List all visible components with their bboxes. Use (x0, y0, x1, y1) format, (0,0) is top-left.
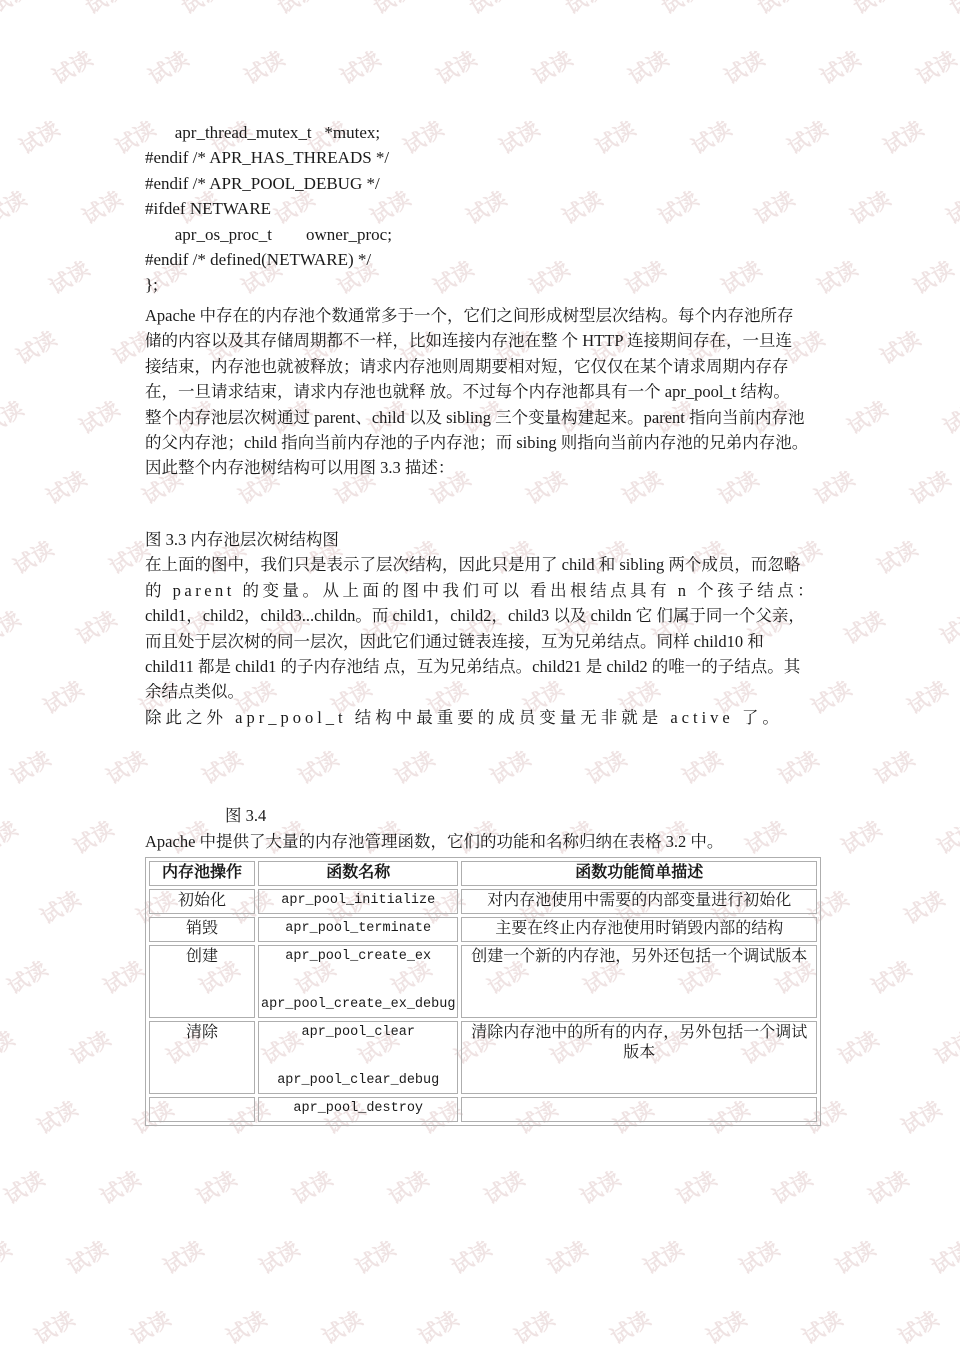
watermark-text: 试读 (865, 953, 917, 1001)
cell-function-name: apr_pool_create_exapr_pool_create_ex_deb… (258, 945, 458, 1018)
watermark-text: 试读 (0, 43, 2, 91)
watermark-text: 试读 (925, 1233, 960, 1281)
watermark-text: 试读 (838, 603, 890, 651)
watermark-text: 试读 (868, 743, 920, 791)
watermark-text: 试读 (94, 1163, 146, 1211)
watermark-text: 试读 (34, 883, 86, 931)
watermark-text: 试读 (814, 43, 866, 91)
watermark-text: 试读 (0, 1233, 17, 1281)
watermark-text: 试读 (934, 603, 960, 651)
watermark-text: 试读 (832, 1023, 884, 1071)
watermark-text: 试读 (0, 1023, 20, 1071)
watermark-text: 试读 (4, 743, 56, 791)
table-row: 创建apr_pool_create_exapr_pool_create_ex_d… (149, 945, 817, 1018)
cell-operation: 销毁 (149, 917, 255, 942)
text-line: 整个内存池层次树通过 parent、child 以及 sibling 三个变量构… (145, 405, 821, 430)
watermark-text: 试读 (67, 813, 119, 861)
code-block: apr_thread_mutex_t *mutex;#endif /* APR_… (145, 120, 392, 298)
text-line: child1，child2，child3...childn。而 child1，c… (145, 603, 821, 628)
watermark-text: 试读 (76, 183, 128, 231)
watermark-text: 试读 (0, 603, 26, 651)
paragraph-active-member: 除此之外 apr_pool_t 结构中最重要的成员变量无非就是 active 了… (145, 705, 821, 730)
text-line: #endif /* defined(NETWARE) */ (145, 247, 392, 272)
watermark-text: 试读 (931, 813, 960, 861)
table-header-cell: 函数名称 (258, 861, 458, 886)
function-name: apr_pool_create_ex (261, 947, 455, 967)
table-header-cell: 内存池操作 (149, 861, 255, 886)
text-line: 而且处于层次树的同一层次，因此它们通过链表连接，互为兄弟结点。同样 child1… (145, 629, 821, 654)
watermark-text: 试读 (46, 43, 98, 91)
watermark-text: 试读 (928, 1023, 960, 1071)
function-name: apr_pool_clear_debug (261, 1071, 455, 1091)
cell-function-name: apr_pool_destroy (258, 1097, 458, 1122)
text-line: 接结束，内存池也就被释放；请求内存池则周期要相对短，它仅仅在某个请求周期内存存 (145, 354, 821, 379)
watermark-text: 试读 (0, 0, 35, 21)
cell-operation: 初始化 (149, 889, 255, 914)
watermark-text: 试读 (37, 673, 89, 721)
watermark-text: 试读 (0, 813, 23, 861)
watermark-text: 试读 (64, 1023, 116, 1071)
watermark-text: 试读 (31, 1093, 83, 1141)
watermark-text: 试读 (844, 183, 896, 231)
cell-function-name: apr_pool_initialize (258, 889, 458, 914)
figure-3-4-caption: 图 3.4 (145, 803, 901, 828)
text-line: 的 parent 的变量。从上面的图中我们可以 看出根结点具有 n 个孩子结点： (145, 578, 821, 603)
watermark-text: 试读 (40, 463, 92, 511)
watermark-text: 试读 (829, 1233, 881, 1281)
page-content: apr_thread_mutex_t *mutex;#endif /* APR_… (145, 0, 821, 1357)
watermark-text: 试读 (862, 1163, 914, 1211)
watermark-text: 试读 (1, 953, 53, 1001)
text-line: #endif /* APR_POOL_DEBUG */ (145, 171, 392, 196)
watermark-text: 试读 (871, 533, 923, 581)
table-row: 清除apr_pool_clearapr_pool_clear_debug清除内存… (149, 1021, 817, 1094)
text-line: 因此整个内存池树结构可以用图 3.3 描述： (145, 455, 821, 480)
watermark-text: 试读 (892, 1303, 944, 1351)
text-line: #endif /* APR_HAS_THREADS */ (145, 145, 392, 170)
table-row: apr_pool_destroy (149, 1097, 817, 1122)
watermark-text: 试读 (847, 0, 899, 21)
watermark-text: 试读 (910, 43, 960, 91)
table-row: 销毁apr_pool_terminate主要在终止内存池使用时销毁内部的结构 (149, 917, 817, 942)
table-header-cell: 函数功能简单描述 (461, 861, 817, 886)
watermark-text: 试读 (13, 113, 65, 161)
text-line: Apache 中存在的内存池个数通常多于一个，它们之间形成树型层次结构。每个内存… (145, 303, 821, 328)
cell-function-name: apr_pool_clearapr_pool_clear_debug (258, 1021, 458, 1094)
paragraph-memory-pool-intro: Apache 中存在的内存池个数通常多于一个，它们之间形成树型层次结构。每个内存… (145, 303, 821, 481)
watermark-text: 试读 (898, 883, 950, 931)
paragraph-table-intro: Apache 中提供了大量的内存池管理函数，它们的功能和名称归纳在表格 3.2 … (145, 829, 821, 854)
watermark-text: 试读 (73, 393, 125, 441)
watermark-text: 试读 (43, 253, 95, 301)
watermark-text: 试读 (79, 0, 131, 21)
watermark-text: 试读 (907, 253, 959, 301)
text-line: 余结点类似。 (145, 679, 821, 704)
table-row: 初始化apr_pool_initialize对内存池使用中需要的内部变量进行初始… (149, 889, 817, 914)
cell-description: 清除内存池中的所有的内存，另外包括一个调试版本 (461, 1021, 817, 1094)
text-line: 在上面的图中，我们只是表示了层次结构，因此只是用了 child 和 siblin… (145, 552, 821, 577)
watermark-text: 试读 (943, 0, 960, 21)
cell-description: 创建一个新的内存池，另外还包括一个调试版本 (461, 945, 817, 1018)
text-line: 在，一旦请求结束，请求内存池也就释 放。不过每个内存池都具有一个 apr_poo… (145, 379, 821, 404)
cell-operation (149, 1097, 255, 1122)
table-header-row: 内存池操作函数名称函数功能简单描述 (149, 861, 817, 886)
cell-description: 对内存池使用中需要的内部变量进行初始化 (461, 889, 817, 914)
cell-operation: 清除 (149, 1021, 255, 1094)
watermark-text: 试读 (0, 183, 32, 231)
watermark-text: 试读 (895, 1093, 947, 1141)
text-line: apr_os_proc_t owner_proc; (145, 222, 392, 247)
watermark-text: 试读 (841, 393, 893, 441)
function-name: apr_pool_initialize (261, 891, 455, 911)
watermark-text: 试读 (10, 323, 62, 371)
function-name: apr_pool_terminate (261, 919, 455, 939)
section-figure-3-3: 图 3.3 内存池层次树结构图 在上面的图中，我们只是表示了层次结构，因此只是用… (145, 527, 821, 730)
text-line: 的父内存池；child 指向当前内存池的子内存池；而 sibing 则指向当前内… (145, 430, 821, 455)
function-name: apr_pool_clear (261, 1023, 455, 1043)
text-line: child11 都是 child1 的子内存池结 点，互为兄弟结点。child2… (145, 654, 821, 679)
memory-pool-functions-table: 内存池操作函数名称函数功能简单描述初始化apr_pool_initialize对… (145, 857, 821, 1126)
text-line: 储的内容以及其存储周期都不一样，比如连接内存池在整 个 HTTP 连接期间存在，… (145, 328, 821, 353)
cell-function-name: apr_pool_terminate (258, 917, 458, 942)
watermark-text: 试读 (901, 673, 953, 721)
watermark-text: 试读 (0, 393, 29, 441)
watermark-text: 试读 (940, 183, 960, 231)
watermark-text: 试读 (937, 393, 960, 441)
watermark-text: 试读 (0, 1163, 50, 1211)
watermark-text: 试读 (874, 323, 926, 371)
watermark-text: 试读 (61, 1233, 113, 1281)
watermark-text: 试读 (70, 603, 122, 651)
function-name: apr_pool_destroy (261, 1099, 455, 1119)
figure-3-3-caption: 图 3.3 内存池层次树结构图 (145, 527, 821, 552)
function-name: apr_pool_create_ex_debug (261, 995, 455, 1015)
cell-description: 主要在终止内存池使用时销毁内部的结构 (461, 917, 817, 942)
cell-operation: 创建 (149, 945, 255, 1018)
text-line: #ifdef NETWARE (145, 196, 392, 221)
watermark-text: 试读 (28, 1303, 80, 1351)
text-line: }; (145, 272, 392, 297)
watermark-text: 试读 (904, 463, 956, 511)
watermark-text: 试读 (877, 113, 929, 161)
cell-description (461, 1097, 817, 1122)
watermark-text: 试读 (7, 533, 59, 581)
text-line: apr_thread_mutex_t *mutex; (145, 120, 392, 145)
watermark-text: 试读 (97, 953, 149, 1001)
paragraph-tree-structure: 在上面的图中，我们只是表示了层次结构，因此只是用了 child 和 siblin… (145, 552, 821, 704)
